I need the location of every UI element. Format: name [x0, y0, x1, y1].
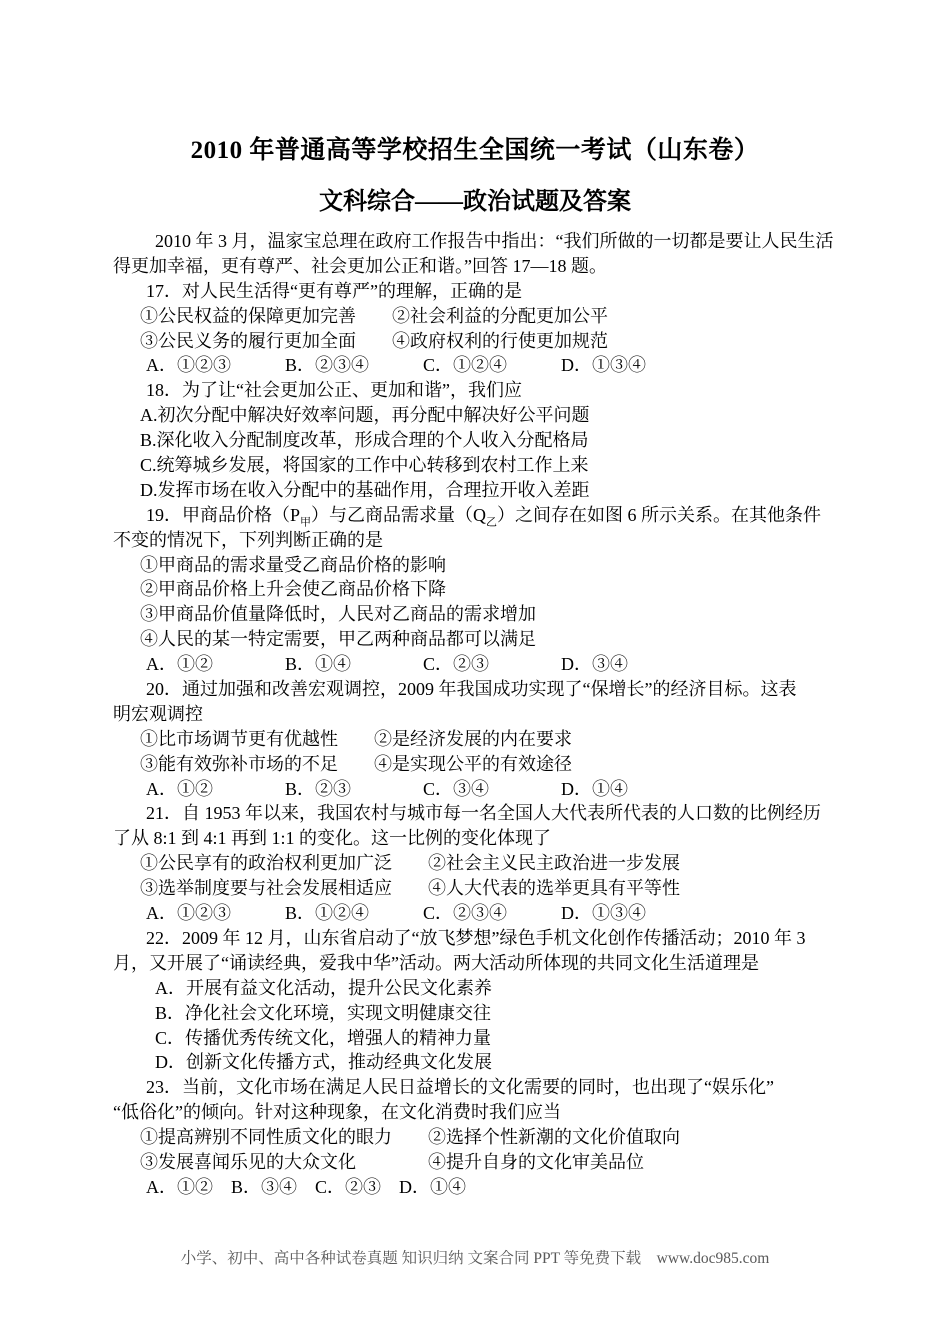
- text-line: ③选举制度要与社会发展相适应 ④人大代表的选举更具有平等性: [113, 876, 843, 901]
- text-line: 2010 年 3 月，温家宝总理在政府工作报告中指出：“我们所做的一切都是要让人…: [113, 229, 843, 254]
- text-line: D.发挥市场在收入分配中的基础作用，合理拉开收入差距: [113, 478, 843, 503]
- text-line: 得更加幸福，更有尊严、社会更加公正和谐。”回答 17—18 题。: [113, 254, 843, 279]
- text-line: ①公民权益的保障更加完善 ②社会利益的分配更加公平: [113, 304, 843, 329]
- text-line: ③能有效弥补市场的不足 ④是实现公平的有效途径: [113, 752, 843, 777]
- text-line: ①甲商品的需求量受乙商品价格的影响: [113, 553, 843, 578]
- text-segment: 19．甲商品价格（P: [146, 505, 300, 525]
- text-line: 18．为了让“社会更加公正、更加和谐”，我们应: [113, 378, 843, 403]
- footer-watermark: 小学、初中、高中各种试卷真题 知识归纳 文案合同 PPT 等免费下载 www.d…: [0, 1246, 950, 1268]
- text-line: 明宏观调控: [113, 702, 843, 727]
- text-line: D．创新文化传播方式，推动经典文化发展: [113, 1050, 843, 1075]
- text-line: A.初次分配中解决好效率问题，再分配中解决好公平问题: [113, 403, 843, 428]
- text-line: ①提高辨别不同性质文化的眼力 ②选择个性新潮的文化价值取向: [113, 1125, 843, 1150]
- text-line: 20．通过加强和改善宏观调控，2009 年我国成功实现了“保增长”的经济目标。这…: [113, 677, 843, 702]
- text-line: ①公民享有的政治权利更加广泛 ②社会主义民主政治进一步发展: [113, 851, 843, 876]
- text-line: “低俗化”的倾向。针对这种现象，在文化消费时我们应当: [113, 1100, 843, 1125]
- text-line: A．开展有益文化活动，提升公民文化素养: [113, 976, 843, 1001]
- exam-subtitle: 文科综合——政治试题及答案: [0, 181, 950, 216]
- text-line: ③发展喜闻乐见的大众文化 ④提升自身的文化审美品位: [113, 1150, 843, 1175]
- text-line: B．净化社会文化环境，实现文明健康交往: [113, 1001, 843, 1026]
- text-segment: ）与乙商品需求量（Q: [311, 505, 486, 525]
- subscript-text: 乙: [486, 516, 497, 528]
- subscript-text: 甲: [300, 516, 311, 528]
- text-line: A．①②③ B．①②④ C．②③④ D．①③④: [113, 901, 843, 926]
- text-line: 21．自 1953 年以来，我国农村与城市每一名全国人大代表所代表的人口数的比例…: [113, 801, 843, 826]
- text-line: A．①② B．③④ C．②③ D．①④: [113, 1175, 843, 1200]
- text-line: ④人民的某一特定需要，甲乙两种商品都可以满足: [113, 627, 843, 652]
- text-line: 不变的情况下，下列判断正确的是: [113, 528, 843, 553]
- text-line: A．①② B．②③ C．③④ D．①④: [113, 777, 843, 802]
- text-line: 17．对人民生活得“更有尊严”的理解，正确的是: [113, 279, 843, 304]
- text-line: 月，又开展了“诵读经典，爱我中华”活动。两大活动所体现的共同文化生活道理是: [113, 951, 843, 976]
- text-line: ②甲商品价格上升会使乙商品价格下降: [113, 577, 843, 602]
- text-line: ③公民义务的履行更加全面 ④政府权利的行使更加规范: [113, 329, 843, 354]
- text-line: A．①② B．①④ C．②③ D．③④: [113, 652, 843, 677]
- text-line: 19．甲商品价格（P甲）与乙商品需求量（Q乙）之间存在如图 6 所示关系。在其他…: [113, 503, 843, 528]
- exam-body-text: 2010 年 3 月，温家宝总理在政府工作报告中指出：“我们所做的一切都是要让人…: [113, 229, 843, 1200]
- text-line: B.深化收入分配制度改革，形成合理的个人收入分配格局: [113, 428, 843, 453]
- document-page: 2010 年普通高等学校招生全国统一考试（山东卷） 文科综合——政治试题及答案 …: [0, 0, 950, 1344]
- text-line: 23．当前，文化市场在满足人民日益增长的文化需要的同时，也出现了“娱乐化”: [113, 1075, 843, 1100]
- text-line: A．①②③ B．②③④ C．①②④ D．①③④: [113, 353, 843, 378]
- text-line: 了从 8:1 到 4:1 再到 1:1 的变化。这一比例的变化体现了: [113, 826, 843, 851]
- text-segment: ）之间存在如图 6 所示关系。在其他条件: [497, 505, 821, 525]
- text-line: C．传播优秀传统文化，增强人的精神力量: [113, 1026, 843, 1051]
- text-line: ①比市场调节更有优越性 ②是经济发展的内在要求: [113, 727, 843, 752]
- text-line: ③甲商品价值量降低时，人民对乙商品的需求增加: [113, 602, 843, 627]
- exam-title: 2010 年普通高等学校招生全国统一考试（山东卷）: [0, 130, 950, 166]
- text-line: 22．2009 年 12 月，山东省启动了“放飞梦想”绿色手机文化创作传播活动；…: [113, 926, 843, 951]
- text-line: C.统筹城乡发展，将国家的工作中心转移到农村工作上来: [113, 453, 843, 478]
